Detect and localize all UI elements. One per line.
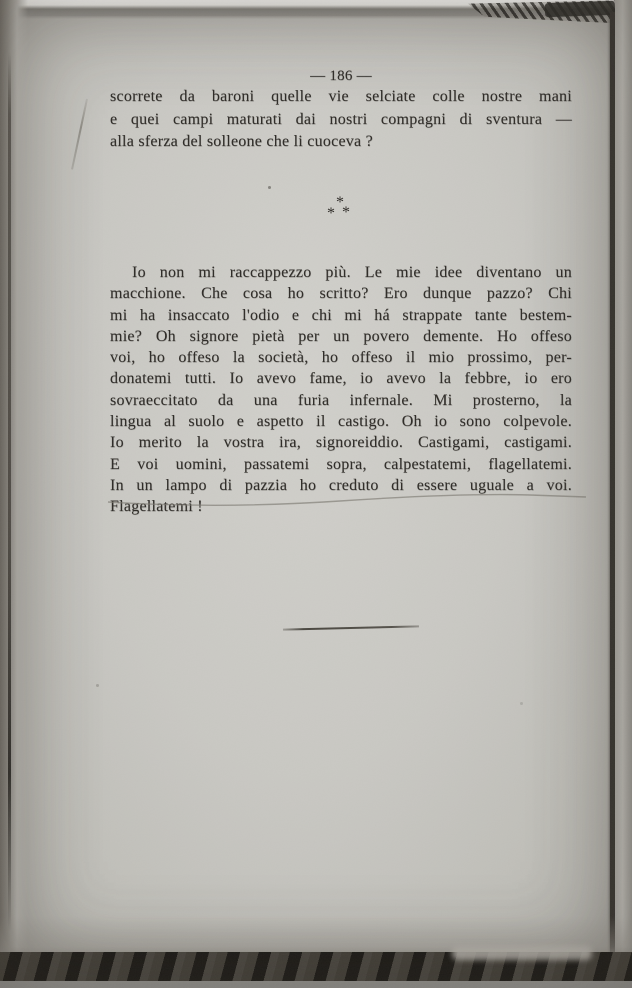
paragraph-main: Io non mi raccappezzo più. Le mie idee d… xyxy=(110,262,572,518)
text-line: e quei campi maturati dai nostri compagn… xyxy=(110,109,572,132)
text-line: mie? Oh signore pietà per un povero deme… xyxy=(110,326,572,347)
text-line: macchione. Che cosa ho scritto? Ero dunq… xyxy=(110,283,572,304)
bottom-edge-highlight xyxy=(452,946,592,960)
text-line: donatemi tutti. Io avevo fame, io avevo … xyxy=(110,368,572,389)
binding-corner-shadow xyxy=(545,1,615,17)
paragraph-first: scorrete da baroni quelle vie selciate c… xyxy=(110,86,572,154)
text-line: Flagellatemi ! xyxy=(110,496,572,517)
dust-speck xyxy=(520,702,523,705)
dust-speck xyxy=(268,186,271,189)
asterisk-glyph: * xyxy=(327,205,335,223)
binding-crease-line xyxy=(8,52,11,932)
text-line: sovraeccitato da una furia infernale. Mi… xyxy=(110,390,572,411)
text-line: voi, ho offeso la società, ho offeso il … xyxy=(110,347,572,368)
next-page-edge xyxy=(615,0,632,988)
bottom-table-strip xyxy=(0,981,632,988)
binding-edge-left xyxy=(0,0,28,988)
text-line: alla sferza del solleone che li cuoceva … xyxy=(110,131,572,154)
asterism-cluster: * * * xyxy=(327,197,355,225)
text-line: Io merito la vostra ira, signoreiddio. C… xyxy=(110,432,572,453)
text-line: lingua al suolo e aspetto il castigo. Oh… xyxy=(110,411,572,432)
page-number: — 186 — xyxy=(110,68,572,85)
text-line: scorrete da baroni quelle vie selciate c… xyxy=(110,86,572,109)
text-line: E voi uomini, passatemi sopra, calpestat… xyxy=(110,454,572,475)
scanned-book-page: — 186 — scorrete da baroni quelle vie se… xyxy=(0,0,632,988)
asterisk-glyph: * xyxy=(342,204,350,222)
text-line: mi ha insaccato l'odio e chi mi há strap… xyxy=(110,305,572,326)
dust-speck xyxy=(96,684,99,687)
asterism-divider: * * * xyxy=(110,197,572,230)
text-line: In un lampo di pazzia ho creduto di esse… xyxy=(110,475,572,496)
text-line: Io non mi raccappezzo più. Le mie idee d… xyxy=(110,262,572,283)
